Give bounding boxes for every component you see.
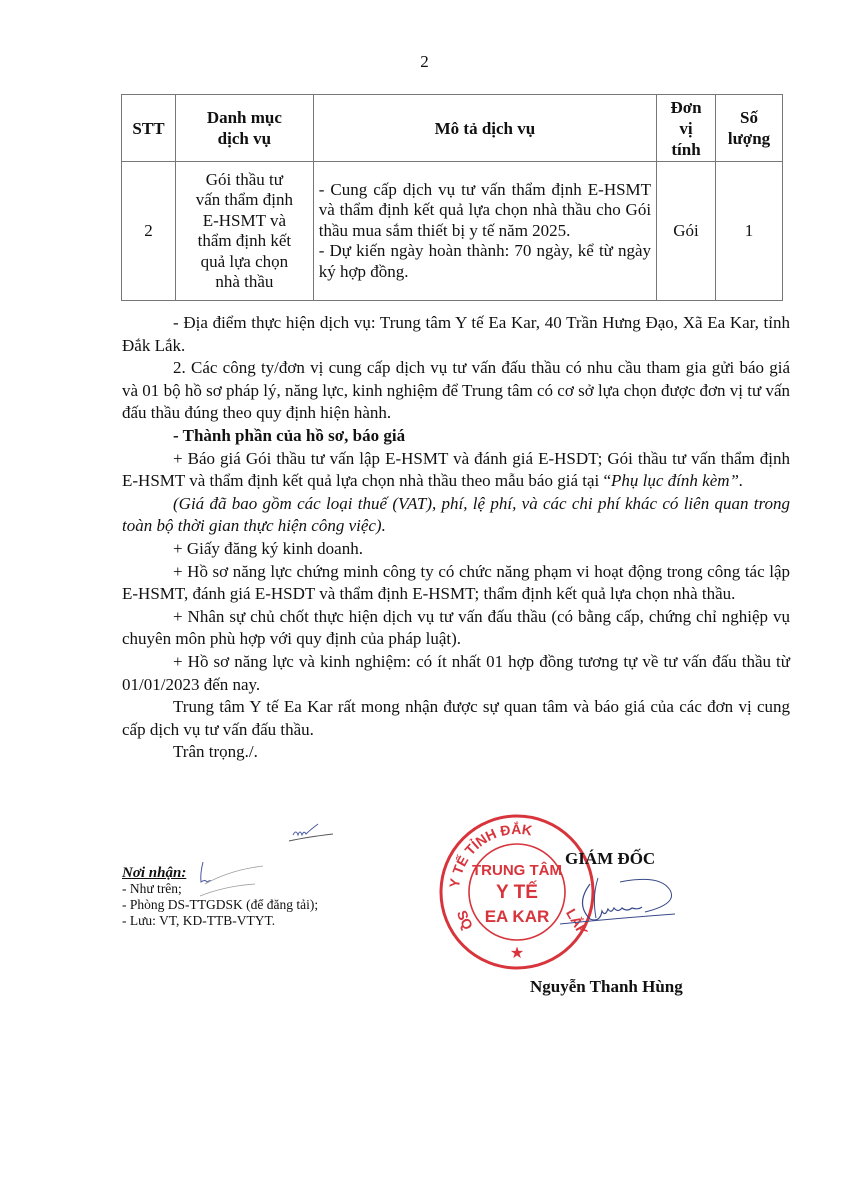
header-quantity-line: lượng bbox=[728, 129, 770, 148]
regards: Trân trọng./. bbox=[122, 741, 790, 764]
location-paragraph: - Địa điểm thực hiện dịch vụ: Trung tâm … bbox=[122, 312, 790, 357]
header-unit-line: tính bbox=[671, 140, 700, 159]
table-row: 2 Gói thầu tư vấn thẩm định E-HSMT và th… bbox=[122, 162, 783, 301]
component-item-2: + Giấy đăng ký kinh doanh. bbox=[122, 538, 790, 561]
cell-description: - Cung cấp dịch vụ tư vấn thẩm định E-HS… bbox=[313, 162, 656, 301]
description-line: - Dự kiến ngày hoàn thành: 70 ngày, kể t… bbox=[319, 241, 651, 282]
recipient-initial-icon bbox=[195, 858, 265, 898]
service-table: STT Danh mục dịch vụ Mô tả dịch vụ Đơn v… bbox=[121, 94, 783, 301]
recipient-item: - Phòng DS-TTGDSK (để đăng tải); bbox=[122, 897, 318, 913]
category-line: vấn thẩm định bbox=[196, 190, 293, 209]
director-signature-icon bbox=[560, 872, 680, 932]
page-number: 2 bbox=[0, 52, 849, 72]
item1-suffix: ”. bbox=[730, 471, 744, 490]
initial-signature-icon bbox=[287, 823, 337, 845]
component-item-4: + Nhân sự chủ chốt thực hiện dịch vụ tư … bbox=[122, 606, 790, 651]
table-header-row: STT Danh mục dịch vụ Mô tả dịch vụ Đơn v… bbox=[122, 95, 783, 162]
description-line: - Cung cấp dịch vụ tư vấn thẩm định E-HS… bbox=[319, 180, 651, 242]
category-line: Gói thầu tư bbox=[206, 170, 283, 189]
component-item-3: + Hồ sơ năng lực chứng minh công ty có c… bbox=[122, 561, 790, 606]
paragraph-2: 2. Các công ty/đơn vị cung cấp dịch vụ t… bbox=[122, 357, 790, 425]
category-line: nhà thầu bbox=[215, 272, 273, 291]
header-quantity-line: Số bbox=[740, 108, 758, 127]
header-unit-line: Đơn bbox=[670, 98, 701, 117]
cell-quantity: 1 bbox=[716, 162, 783, 301]
category-line: quả lựa chọn bbox=[201, 252, 289, 271]
svg-text:EA KAR: EA KAR bbox=[485, 907, 550, 926]
svg-text:TRUNG TÂM: TRUNG TÂM bbox=[472, 861, 562, 879]
header-unit: Đơn vị tính bbox=[657, 95, 716, 162]
cell-category: Gói thầu tư vấn thẩm định E-HSMT và thẩm… bbox=[175, 162, 313, 301]
cell-stt: 2 bbox=[122, 162, 176, 301]
header-category-line: Danh mục bbox=[207, 108, 282, 127]
header-quantity: Số lượng bbox=[716, 95, 783, 162]
component-item-5: + Hồ sơ năng lực và kinh nghiệm: có ít n… bbox=[122, 651, 790, 696]
category-line: E-HSMT và bbox=[203, 211, 286, 230]
svg-text:Y TẾ: Y TẾ bbox=[496, 881, 538, 903]
signer-name: Nguyễn Thanh Hùng bbox=[530, 977, 683, 997]
letter-body: - Địa điểm thực hiện dịch vụ: Trung tâm … bbox=[122, 312, 790, 764]
header-unit-line: vị bbox=[679, 119, 692, 138]
svg-text:★: ★ bbox=[510, 945, 524, 962]
header-category: Danh mục dịch vụ bbox=[175, 95, 313, 162]
component-item-1: + Báo giá Gói thầu tư vấn lập E-HSMT và … bbox=[122, 448, 790, 493]
signer-title: GIÁM ĐỐC bbox=[565, 849, 655, 869]
category-line: thẩm định kết bbox=[198, 231, 291, 250]
header-description: Mô tả dịch vụ bbox=[313, 95, 656, 162]
header-category-line: dịch vụ bbox=[218, 129, 271, 148]
header-stt: STT bbox=[122, 95, 176, 162]
recipient-item: - Lưu: VT, KD-TTB-VTYT. bbox=[122, 913, 318, 929]
price-note: (Giá đã bao gồm các loại thuế (VAT), phí… bbox=[122, 493, 790, 538]
closing-paragraph: Trung tâm Y tế Ea Kar rất mong nhận được… bbox=[122, 696, 790, 741]
components-heading: - Thành phần của hồ sơ, báo giá bbox=[122, 425, 790, 448]
cell-unit: Gói bbox=[657, 162, 716, 301]
attachment-reference: Phụ lục đính kèm bbox=[611, 471, 730, 490]
